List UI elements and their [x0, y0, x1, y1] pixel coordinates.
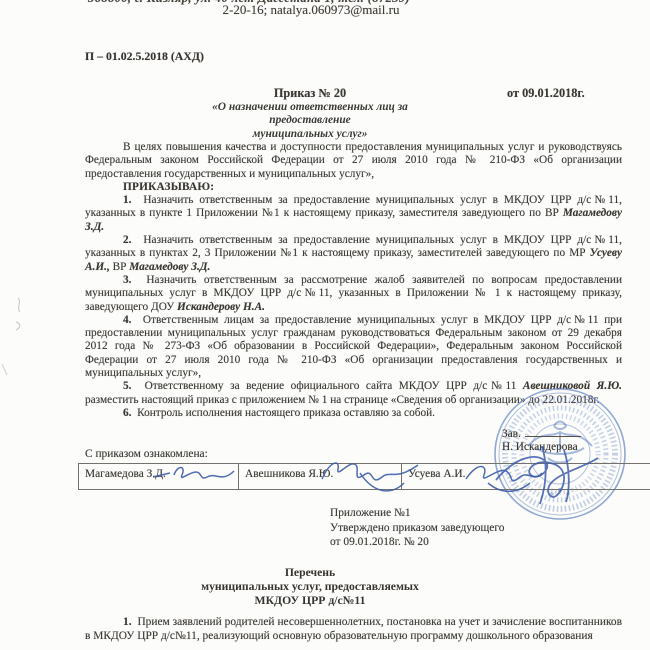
appendix-heading-line: муниципальных услуг, предоставляемых — [85, 580, 535, 594]
item-text: Ответственному за ведение официального с… — [145, 380, 523, 392]
signature-usueva — [458, 455, 546, 497]
appendix-list: 1. Прием заявлений родителей несовершенн… — [85, 616, 622, 644]
item-text: Контроль исполнения настоящего приказа о… — [137, 407, 435, 419]
item-number: 2. — [123, 234, 143, 246]
order-title: Приказ № 20 — [85, 86, 535, 101]
item-number: 1. — [123, 616, 137, 628]
item-number: 3. — [123, 274, 146, 286]
order-body: В целях повышения качества и доступности… — [85, 141, 622, 420]
item-text: Назначить ответственным за предоставлени… — [85, 234, 622, 259]
scanned-order-document: 368800, г. Кизляр, ул. 40 лет Дагестана … — [0, 0, 650, 650]
acknowledged-label: С приказом ознакомлена: — [85, 448, 208, 460]
numbered-item: 2. Назначить ответственным за предоставл… — [85, 234, 622, 274]
item-text: Назначить ответственным за предоставлени… — [85, 194, 622, 219]
item-number: 6. — [123, 407, 137, 419]
item-text: ВР — [110, 261, 129, 273]
appendix-line: от 09.01.2018г. № 20 — [330, 535, 504, 550]
scan-artifact — [10, 292, 30, 342]
item-number: 4. — [123, 314, 143, 326]
appendix-heading: Перечень муниципальных услуг, предоставл… — [85, 566, 535, 608]
scan-artifact — [0, 362, 10, 378]
responsible-person-name: Искандерову Н.А. — [177, 301, 265, 313]
order-subtitle: «О назначении ответственных лиц за предо… — [85, 101, 535, 141]
preamble: В целях повышения качества и доступности… — [85, 141, 622, 181]
numbered-item: 1. Прием заявлений родителей несовершенн… — [85, 616, 622, 644]
appendix-line: Утверждено приказом заведующего — [330, 521, 504, 536]
signature-aveshnikova — [316, 453, 424, 495]
subtitle-line: муниципальных услуг» — [85, 128, 535, 141]
signature-line — [525, 426, 581, 437]
contact-line: 2-20-16; natalya.060973@mail.ru — [0, 2, 622, 18]
numbered-item: 4. Ответственным лицам за предоставление… — [85, 314, 622, 380]
document-code: П – 01.02.5.2018 (АХД) — [85, 49, 204, 64]
subtitle-line: предоставление — [85, 114, 535, 127]
appendix-line: Приложение №1 — [330, 506, 504, 521]
item-number: 1. — [123, 194, 143, 206]
item-text: Назначить ответственным за рассмотрение … — [85, 274, 622, 313]
numbered-item: 3. Назначить ответственным за рассмотрен… — [85, 274, 622, 314]
subtitle-line: «О назначении ответственных лиц за — [85, 101, 535, 114]
decree-word: ПРИКАЗЫВАЮ: — [85, 181, 622, 194]
appendix-heading-line: МКДОУ ЦРР д/с№11 — [85, 594, 535, 608]
signature-magamedova — [150, 461, 240, 489]
appendix-heading-line: Перечень — [85, 566, 535, 580]
item-text: Прием заявлений родителей несовершенноле… — [85, 616, 622, 642]
item-text: Ответственным лицам за предоставление му… — [85, 314, 622, 379]
numbered-item: 1. Назначить ответственным за предоставл… — [85, 194, 622, 234]
responsible-person-name: Магамедову З.Д. — [129, 261, 210, 273]
order-date: от 09.01.2018г. — [507, 86, 585, 101]
appendix-reference: Приложение №1 Утверждено приказом заведу… — [330, 506, 504, 550]
item-number: 5. — [123, 380, 145, 392]
